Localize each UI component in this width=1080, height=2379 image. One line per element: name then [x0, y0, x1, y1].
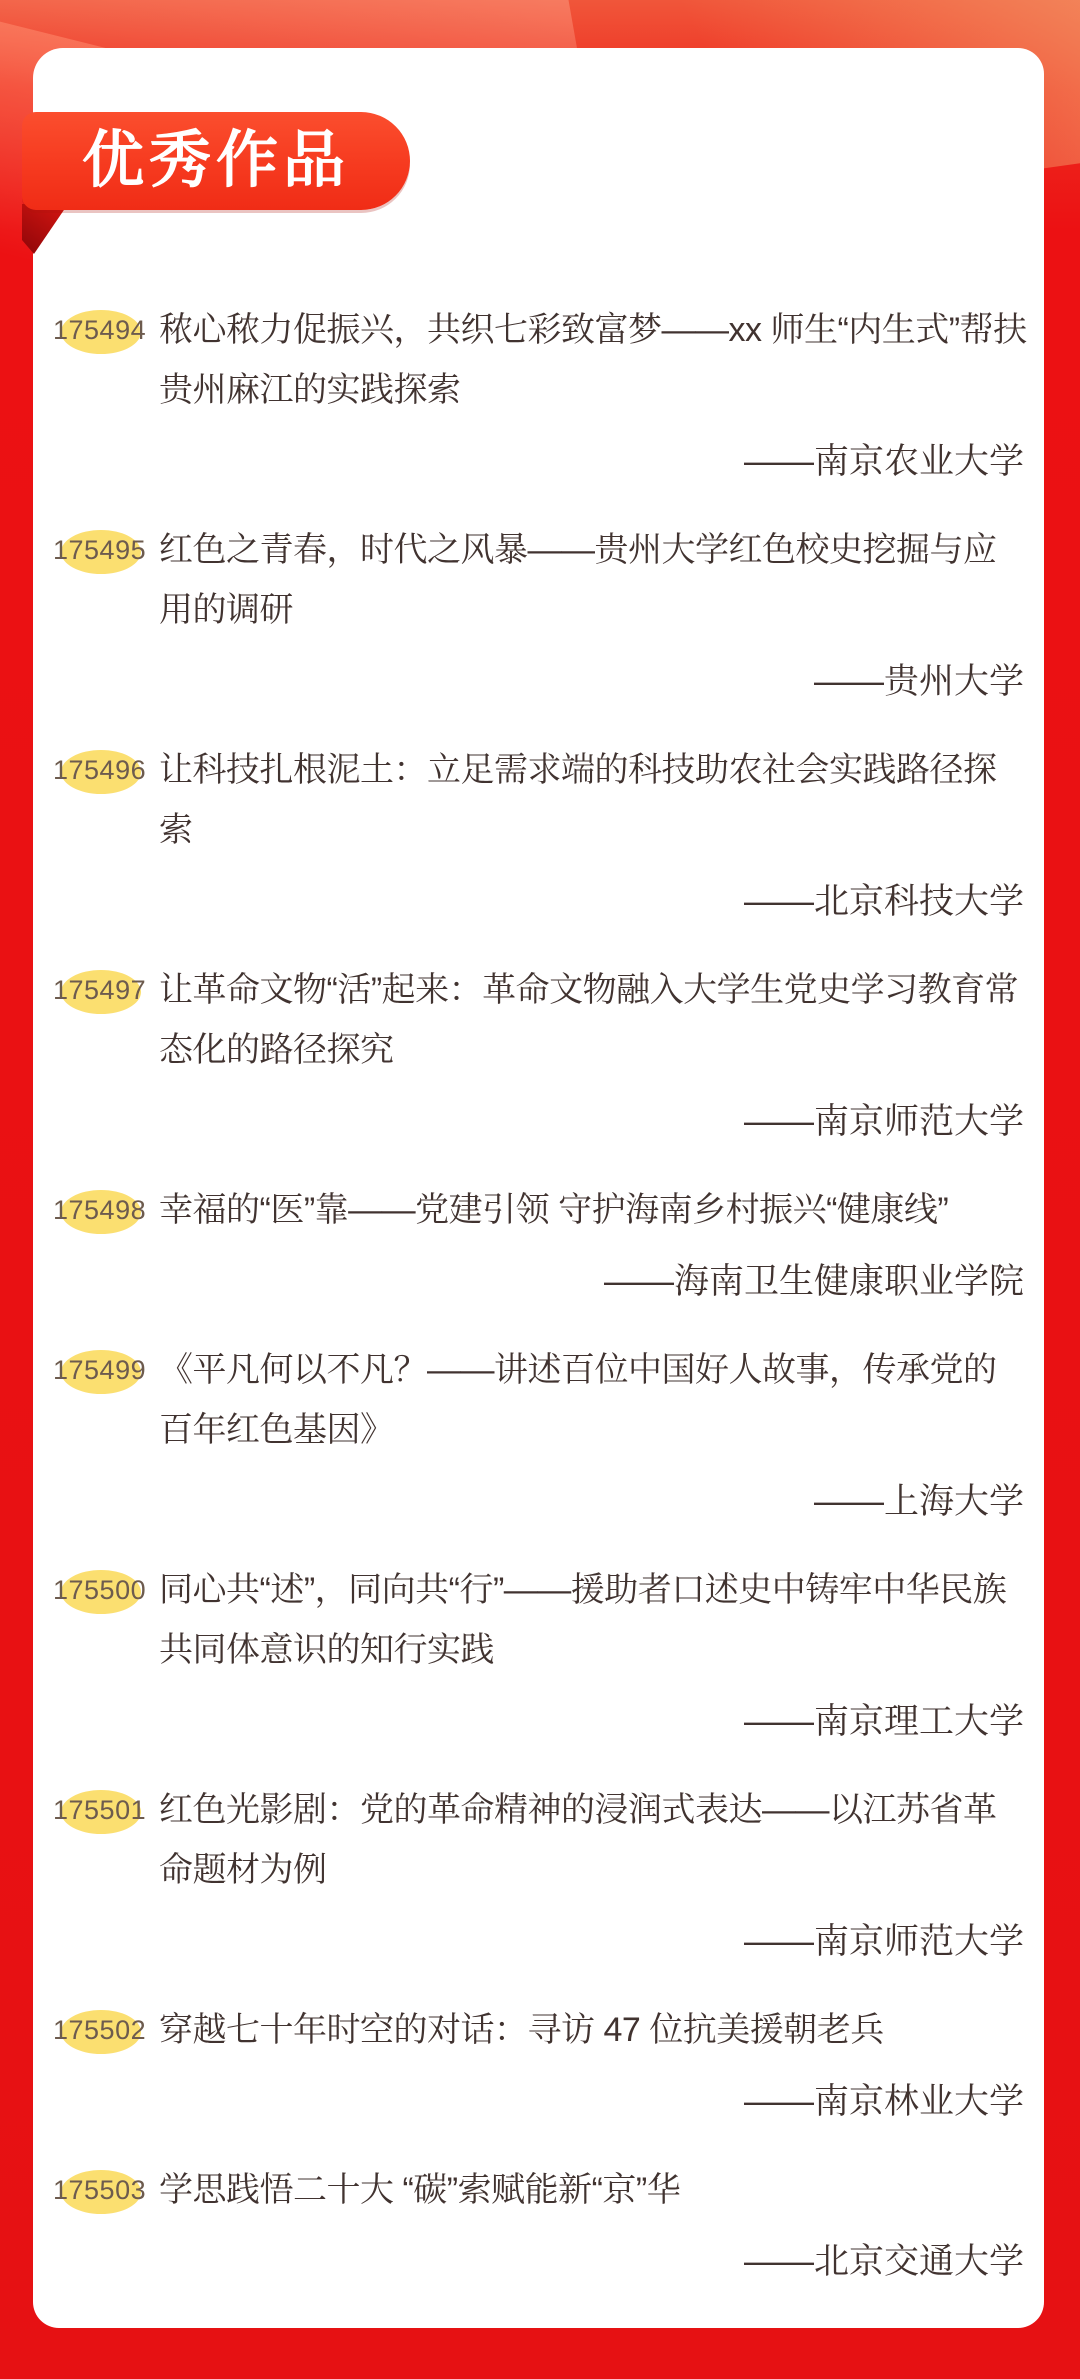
entry-number: 175498	[49, 1195, 146, 1225]
entry-organization: ——南京农业大学	[49, 432, 1028, 492]
list-item: 175502 穿越七十年时空的对话：寻访 47 位抗美援朝老兵 ——南京林业大学	[49, 2000, 1028, 2132]
entry-title-row: 175495 红色之青春，时代之风暴——贵州大学红色校史挖掘与应用的调研	[49, 520, 1028, 640]
list-item: 175495 红色之青春，时代之风暴——贵州大学红色校史挖掘与应用的调研 ——贵…	[49, 520, 1028, 712]
entry-number: 175499	[49, 1355, 146, 1385]
entry-title: 红色之青春，时代之风暴——贵州大学红色校史挖掘与应用的调研	[159, 520, 1028, 640]
entry-title: 穿越七十年时空的对话：寻访 47 位抗美援朝老兵	[159, 2000, 1028, 2060]
entry-number-badge: 175503	[49, 2160, 159, 2212]
entry-number-badge: 175502	[49, 2000, 159, 2052]
entry-title: 红色光影剧：党的革命精神的浸润式表达——以江苏省革命题材为例	[159, 1780, 1028, 1900]
entry-number: 175497	[49, 975, 146, 1005]
entry-number-badge: 175499	[49, 1340, 159, 1392]
entry-title-row: 175498 幸福的“医”靠——党建引领 守护海南乡村振兴“健康线”	[49, 1180, 1028, 1240]
list-item: 175498 幸福的“医”靠——党建引领 守护海南乡村振兴“健康线” ——海南卫…	[49, 1180, 1028, 1312]
entry-title: 幸福的“医”靠——党建引领 守护海南乡村振兴“健康线”	[159, 1180, 1028, 1240]
list-item: 175500 同心共“述”，同向共“行”——援助者口述史中铸牢中华民族共同体意识…	[49, 1560, 1028, 1752]
entry-organization: ——北京交通大学	[49, 2232, 1028, 2292]
list-item: 175503 学思践悟二十大 “碳”索赋能新“京”华 ——北京交通大学	[49, 2160, 1028, 2292]
entry-number-badge: 175494	[49, 300, 159, 352]
entry-number-badge: 175496	[49, 740, 159, 792]
entry-organization: ——南京林业大学	[49, 2072, 1028, 2132]
entry-organization: ——上海大学	[49, 1472, 1028, 1532]
entry-title-row: 175501 红色光影剧：党的革命精神的浸润式表达——以江苏省革命题材为例	[49, 1780, 1028, 1900]
entry-organization: ——海南卫生健康职业学院	[49, 1252, 1028, 1312]
entry-number: 175494	[49, 315, 146, 345]
works-list: 175494 秾心秾力促振兴，共织七彩致富梦——xx 师生“内生式”帮扶贵州麻江…	[33, 48, 1044, 2320]
entry-title-row: 175503 学思践悟二十大 “碳”索赋能新“京”华	[49, 2160, 1028, 2220]
entry-number-badge: 175498	[49, 1180, 159, 1232]
list-item: 175499 《平凡何以不凡？——讲述百位中国好人故事，传承党的百年红色基因》 …	[49, 1340, 1028, 1532]
entry-title: 让革命文物“活”起来：革命文物融入大学生党史学习教育常态化的路径探究	[159, 960, 1028, 1080]
entry-organization: ——南京师范大学	[49, 1092, 1028, 1152]
list-item: 175496 让科技扎根泥土：立足需求端的科技助农社会实践路径探索 ——北京科技…	[49, 740, 1028, 932]
entry-number: 175503	[49, 2175, 146, 2205]
list-item: 175501 红色光影剧：党的革命精神的浸润式表达——以江苏省革命题材为例 ——…	[49, 1780, 1028, 1972]
entry-number-badge: 175501	[49, 1780, 159, 1832]
entry-organization: ——南京师范大学	[49, 1912, 1028, 1972]
entry-title: 学思践悟二十大 “碳”索赋能新“京”华	[159, 2160, 1028, 2220]
entry-number: 175500	[49, 1575, 146, 1605]
entry-title-row: 175497 让革命文物“活”起来：革命文物融入大学生党史学习教育常态化的路径探…	[49, 960, 1028, 1080]
entry-number: 175502	[49, 2015, 146, 2045]
page-background: { "page": { "background_color": "#ec1113…	[0, 0, 1080, 2379]
entry-title-row: 175500 同心共“述”，同向共“行”——援助者口述史中铸牢中华民族共同体意识…	[49, 1560, 1028, 1680]
entry-organization: ——南京理工大学	[49, 1692, 1028, 1752]
entry-organization: ——贵州大学	[49, 652, 1028, 712]
entry-title-row: 175494 秾心秾力促振兴，共织七彩致富梦——xx 师生“内生式”帮扶贵州麻江…	[49, 300, 1028, 420]
entry-number: 175495	[49, 535, 146, 565]
entry-number-badge: 175500	[49, 1560, 159, 1612]
entry-title-row: 175496 让科技扎根泥土：立足需求端的科技助农社会实践路径探索	[49, 740, 1028, 860]
list-item: 175494 秾心秾力促振兴，共织七彩致富梦——xx 师生“内生式”帮扶贵州麻江…	[49, 300, 1028, 492]
entry-number: 175496	[49, 755, 146, 785]
entry-title-row: 175502 穿越七十年时空的对话：寻访 47 位抗美援朝老兵	[49, 2000, 1028, 2060]
entry-title-row: 175499 《平凡何以不凡？——讲述百位中国好人故事，传承党的百年红色基因》	[49, 1340, 1028, 1460]
entry-number-badge: 175495	[49, 520, 159, 572]
entry-number: 175501	[49, 1795, 146, 1825]
entry-organization: ——北京科技大学	[49, 872, 1028, 932]
entry-number-badge: 175497	[49, 960, 159, 1012]
list-item: 175497 让革命文物“活”起来：革命文物融入大学生党史学习教育常态化的路径探…	[49, 960, 1028, 1152]
entry-title: 《平凡何以不凡？——讲述百位中国好人故事，传承党的百年红色基因》	[159, 1340, 1028, 1460]
entry-title: 让科技扎根泥土：立足需求端的科技助农社会实践路径探索	[159, 740, 1028, 860]
entry-title: 秾心秾力促振兴，共织七彩致富梦——xx 师生“内生式”帮扶贵州麻江的实践探索	[159, 300, 1028, 420]
entry-title: 同心共“述”，同向共“行”——援助者口述史中铸牢中华民族共同体意识的知行实践	[159, 1560, 1028, 1680]
